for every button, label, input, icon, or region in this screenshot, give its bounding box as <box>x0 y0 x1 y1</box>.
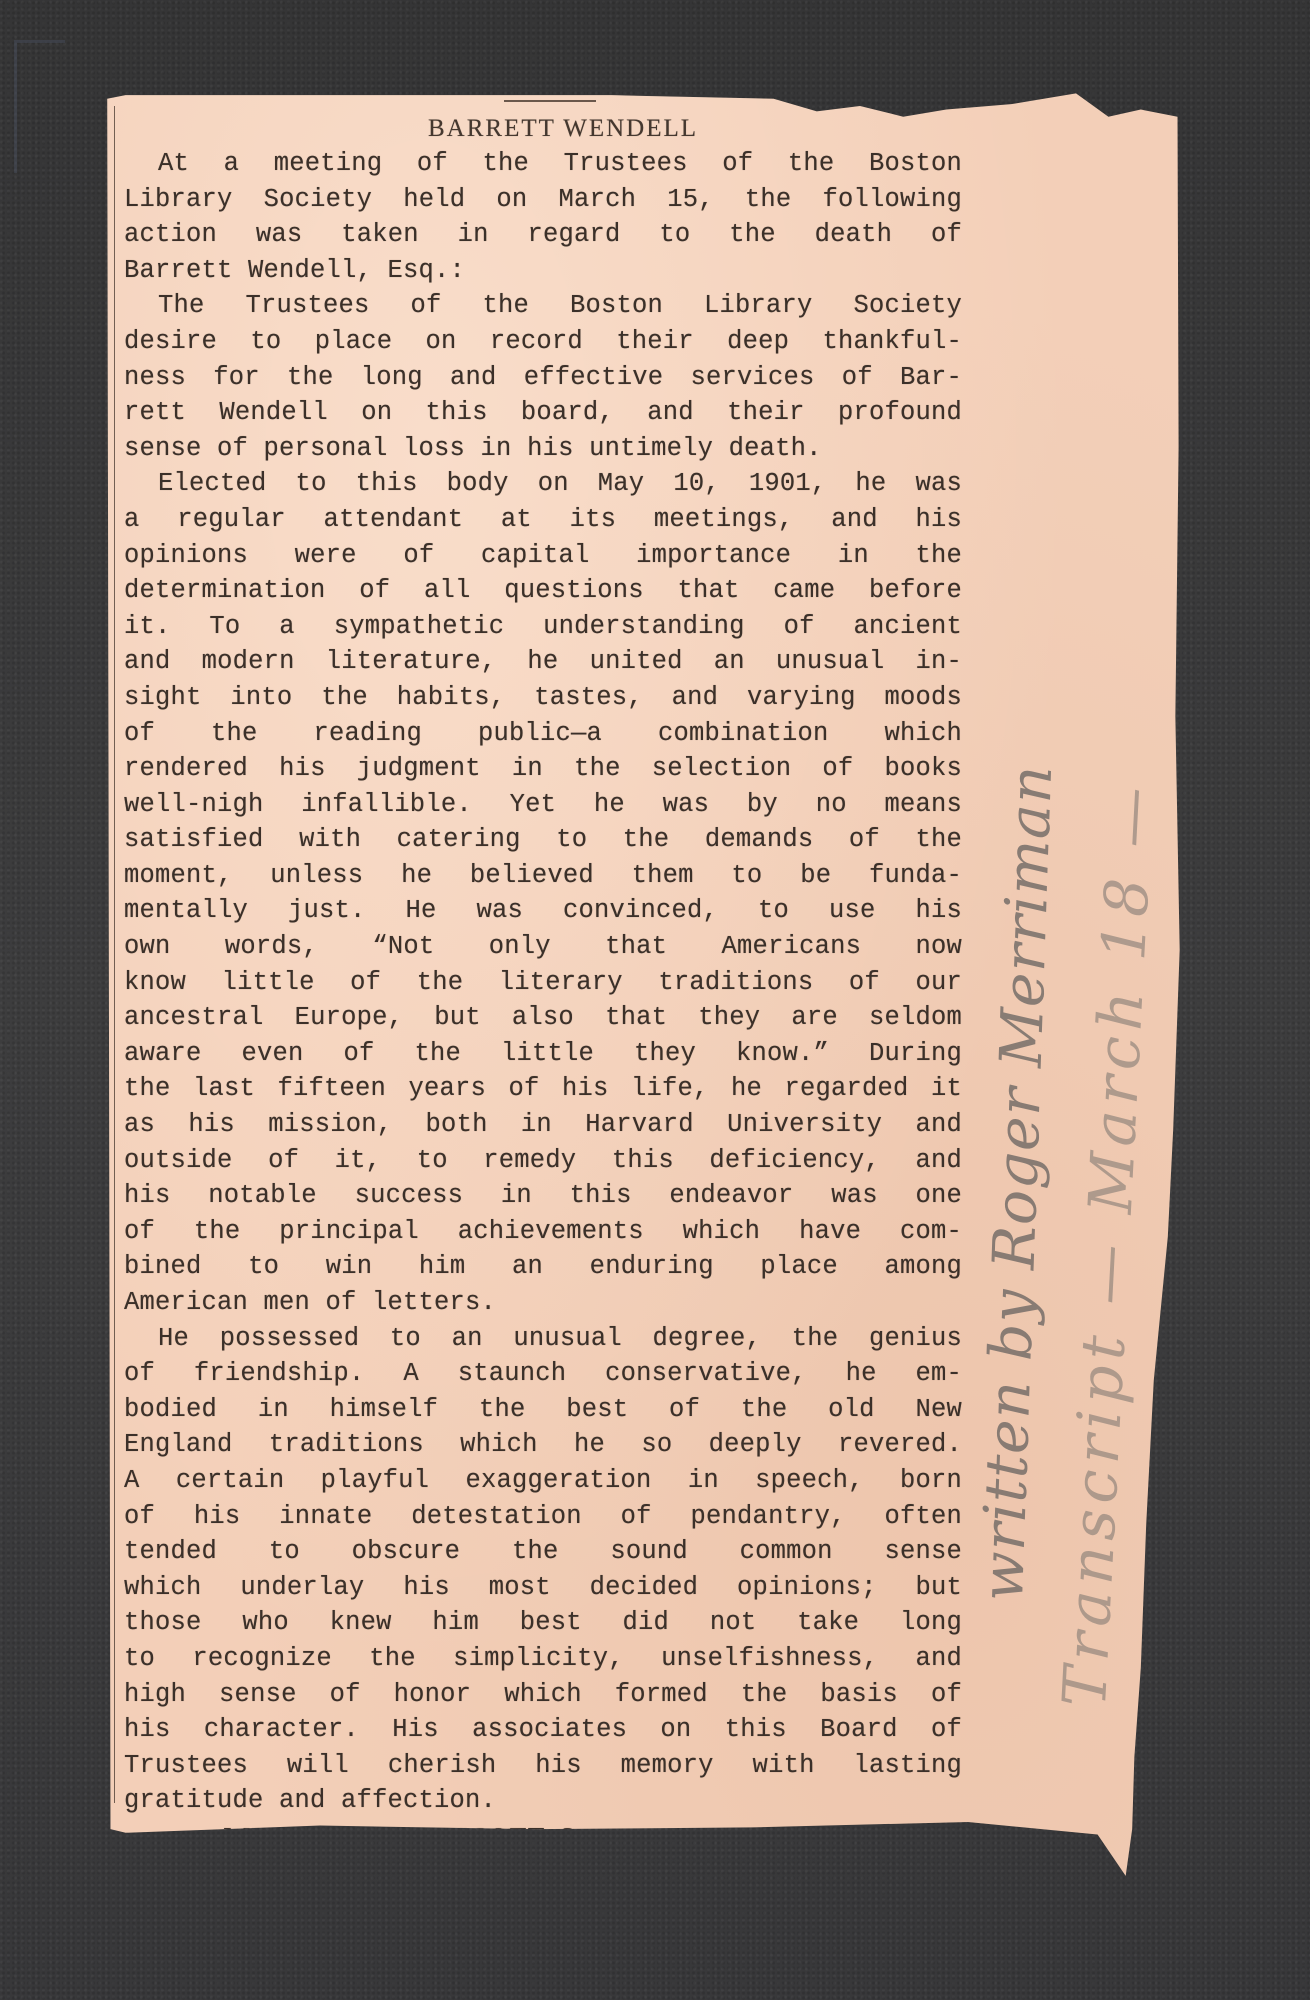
mount-board-mark <box>14 40 65 173</box>
text-line: Trustees will cherish his memory with la… <box>124 1748 962 1784</box>
paragraph-1: At a meeting of the Trustees of the Bost… <box>124 146 962 288</box>
text-line: desire to place on record their deep tha… <box>124 324 962 360</box>
paragraph-2: The Trustees of the Boston Library Socie… <box>124 288 962 466</box>
text-line: ness for the long and effective services… <box>124 360 962 396</box>
text-line: A certain playful exaggeration in speech… <box>124 1463 962 1499</box>
text-line: moment, unless he believed them to be fu… <box>124 858 962 894</box>
paragraph-3: Elected to this body on May 10, 1901, he… <box>124 466 962 1320</box>
text-line: sight into the habits, tastes, and varyi… <box>124 680 962 716</box>
text-line: action was taken in regard to the death … <box>124 217 962 253</box>
text-line: of his innate detestation of pendantry, … <box>124 1499 962 1535</box>
text-line: England traditions which he so deeply re… <box>124 1427 962 1463</box>
column-rule <box>114 106 115 1803</box>
text-line: and modern literature, he united an unus… <box>124 644 962 680</box>
text-line: bined to win him an enduring place among <box>124 1249 962 1285</box>
text-line: tended to obscure the sound common sense <box>124 1534 962 1570</box>
text-line: rett Wendell on this board, and their pr… <box>124 395 962 431</box>
text-line: sense of personal loss in his untimely d… <box>124 431 962 467</box>
text-line: mentally just. He was convinced, to use … <box>124 893 962 929</box>
text-line: rendered his judgment in the selection o… <box>124 751 962 787</box>
text-line: well-nigh infallible. Yet he was by no m… <box>124 787 962 823</box>
headline-rule <box>504 100 596 102</box>
text-line: Library Society held on March 15, the fo… <box>124 182 962 218</box>
text-line: Elected to this body on May 10, 1901, he… <box>124 466 962 502</box>
text-line: of the reading public—a combination whic… <box>124 716 962 752</box>
headline: BARRETT WENDELL <box>164 112 962 146</box>
text-line: bodied in himself the best of the old Ne… <box>124 1392 962 1428</box>
article: BARRETT WENDELL At a meeting of the Trus… <box>124 112 962 1855</box>
text-line: outside of it, to remedy this deficiency… <box>124 1143 962 1179</box>
text-line: which underlay his most decided opinions… <box>124 1570 962 1606</box>
text-line: American men of letters. <box>124 1285 962 1321</box>
text-line: opinions were of capital importance in t… <box>124 538 962 574</box>
text-line: know little of the literary traditions o… <box>124 965 962 1001</box>
text-line: Barrett Wendell, Esq.: <box>124 253 962 289</box>
text-line: of the principal achievements which have… <box>124 1214 962 1250</box>
text-line: The Trustees of the Boston Library Socie… <box>124 288 962 324</box>
paragraph-4: He possessed to an unusual degree, the g… <box>124 1321 962 1819</box>
text-line: it. To a sympathetic understanding of an… <box>124 609 962 645</box>
text-line: his character. His associates on this Bo… <box>124 1712 962 1748</box>
text-line: a regular attendant at its meetings, and… <box>124 502 962 538</box>
text-line: He possessed to an unusual degree, the g… <box>124 1321 962 1357</box>
text-line: as his mission, both in Harvard Universi… <box>124 1107 962 1143</box>
text-line: ancestral Europe, but also that they are… <box>124 1000 962 1036</box>
text-line: satisfied with catering to the demands o… <box>124 822 962 858</box>
text-line: aware even of the little they know.” Dur… <box>124 1036 962 1072</box>
text-line: high sense of honor which formed the bas… <box>124 1677 962 1713</box>
signatory-title: Secretary. <box>559 1822 671 1852</box>
text-line: to recognize the simplicity, unselfishne… <box>124 1641 962 1677</box>
text-line: determination of all questions that came… <box>124 573 962 609</box>
signature: WILLIAM C. ENDICOTT, Secretary. <box>124 1819 962 1855</box>
text-line: own words, “Not only that Americans now <box>124 929 962 965</box>
text-line: those who knew him best did not take lon… <box>124 1605 962 1641</box>
text-line: his notable success in this endeavor was… <box>124 1178 962 1214</box>
text-line: gratitude and affection. <box>124 1783 962 1819</box>
text-line: the last fifteen years of his life, he r… <box>124 1071 962 1107</box>
text-line: At a meeting of the Trustees of the Bost… <box>124 146 962 182</box>
signatory-name: WILLIAM C. ENDICOTT, <box>224 1822 552 1852</box>
text-line: of friendship. A staunch conservative, h… <box>124 1356 962 1392</box>
